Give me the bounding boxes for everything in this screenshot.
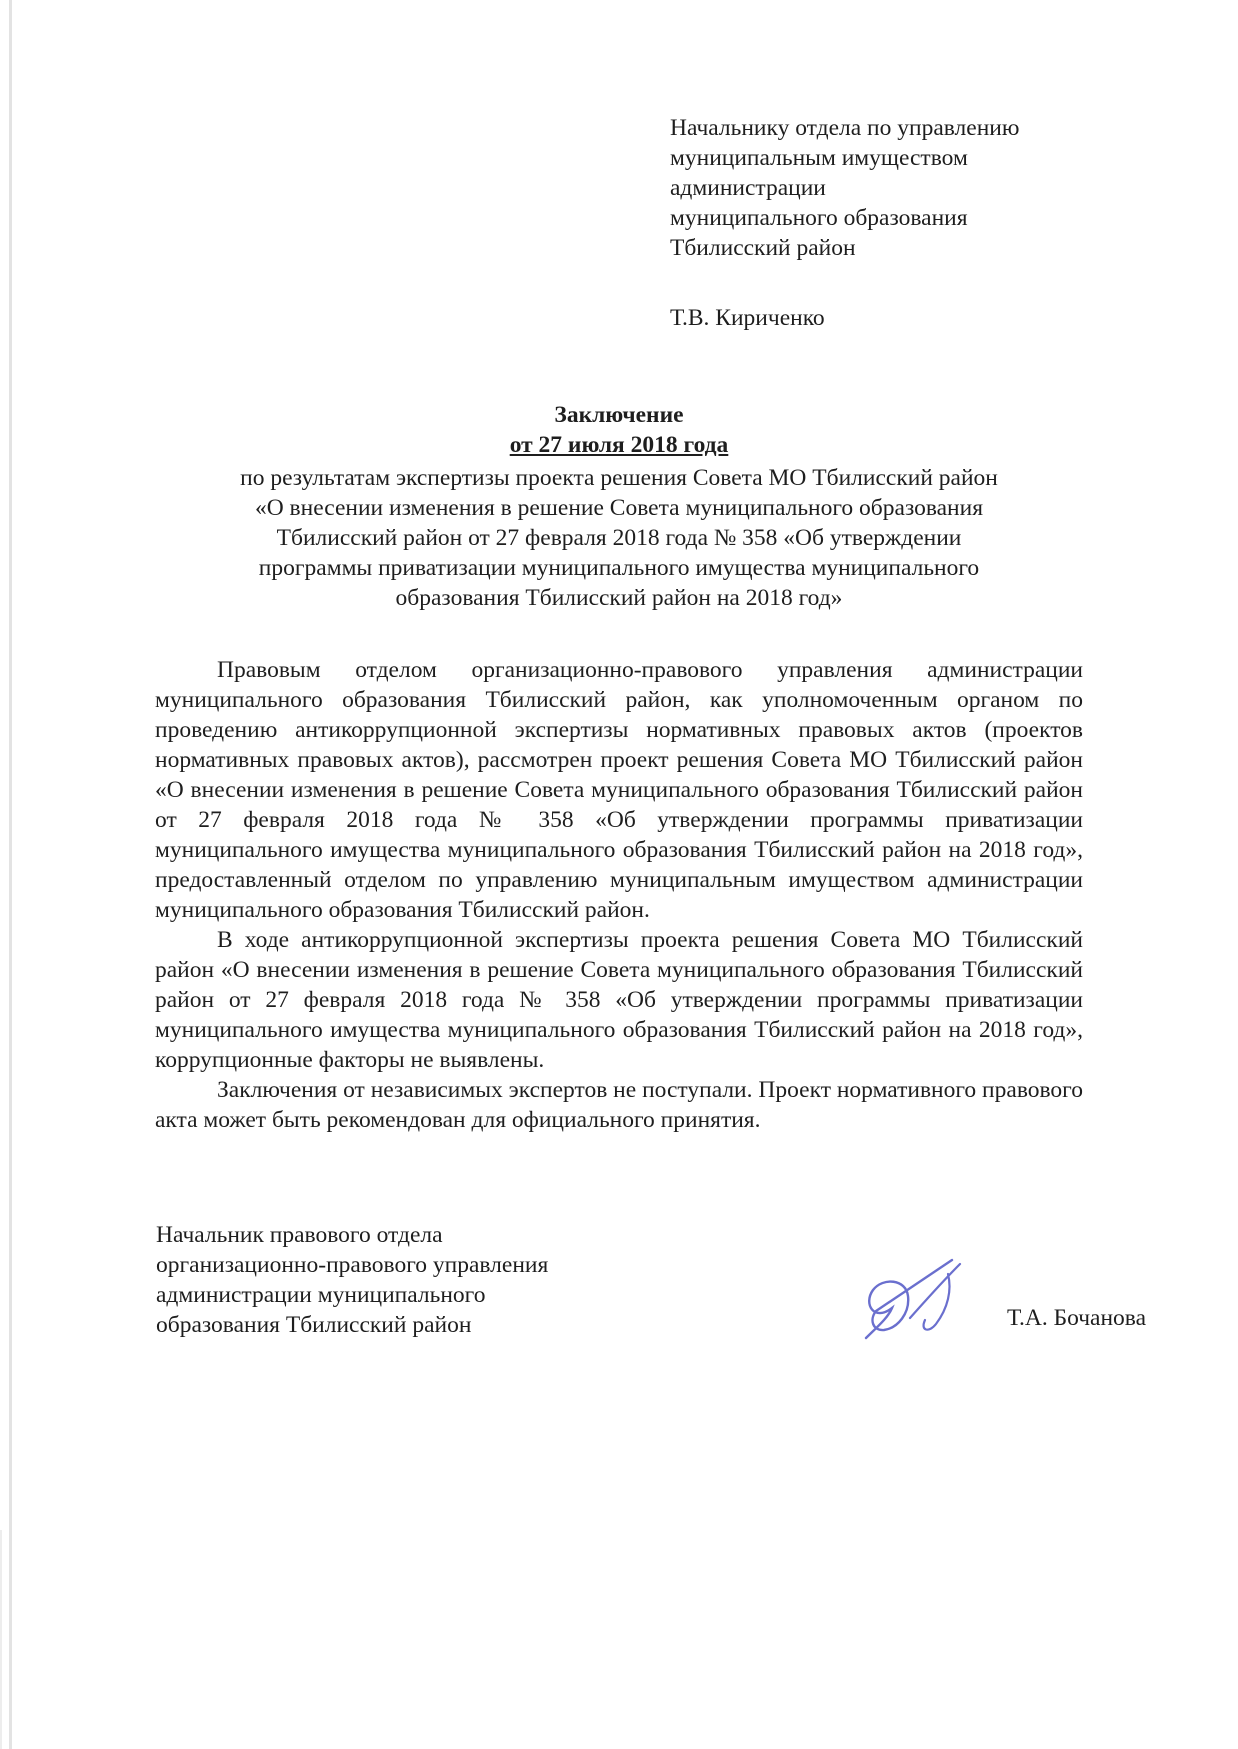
recipient-line: администрации xyxy=(670,173,1090,203)
recipient-line: Тбилисский район xyxy=(670,233,1090,263)
signatory-position-line: Начальник правового отдела xyxy=(156,1220,716,1250)
subtitle-line: образования Тбилисский район на 2018 год… xyxy=(155,583,1083,613)
signatory-position-line: образования Тбилисский район xyxy=(156,1310,716,1340)
signature-stroke xyxy=(924,1274,950,1330)
document-title-block: Заключение от 27 июля 2018 года по резул… xyxy=(155,400,1083,613)
scan-edge-artifact xyxy=(9,0,12,1749)
handwritten-signature-icon xyxy=(858,1250,998,1350)
signature-stroke xyxy=(866,1260,952,1338)
document-title: Заключение xyxy=(155,400,1083,430)
signatory-name: Т.А. Бочанова xyxy=(1007,1303,1146,1333)
recipient-line: муниципальным имуществом xyxy=(670,143,1090,173)
scan-edge-artifact-bottom xyxy=(0,1530,2,1749)
subtitle-line: «О внесении изменения в решение Совета м… xyxy=(155,493,1083,523)
recipient-line: муниципального образования xyxy=(670,203,1090,233)
document-page: Начальнику отдела по управлению муниципа… xyxy=(0,0,1238,1749)
body-paragraph: Заключения от независимых экспертов не п… xyxy=(155,1075,1083,1135)
document-body: Правовым отделом организационно-правовог… xyxy=(155,655,1083,1135)
subtitle-line: по результатам экспертизы проекта решени… xyxy=(155,463,1083,493)
recipient-line: Начальнику отдела по управлению xyxy=(670,113,1090,143)
subtitle-line: программы приватизации муниципального им… xyxy=(155,553,1083,583)
signatory-position-line: организационно-правового управления xyxy=(156,1250,716,1280)
body-paragraph: В ходе антикоррупционной экспертизы прое… xyxy=(155,925,1083,1075)
body-paragraph: Правовым отделом организационно-правовог… xyxy=(155,655,1083,925)
document-subtitle: по результатам экспертизы проекта решени… xyxy=(155,463,1083,613)
subtitle-line: Тбилисский район от 27 февраля 2018 года… xyxy=(155,523,1083,553)
signatory-position-line: администрации муниципального xyxy=(156,1280,716,1310)
recipient-name: Т.В. Кириченко xyxy=(670,303,825,333)
document-date: от 27 июля 2018 года xyxy=(155,430,1083,460)
signatory-position-block: Начальник правового отдела организационн… xyxy=(156,1220,716,1340)
recipient-block: Начальнику отдела по управлению муниципа… xyxy=(670,113,1090,263)
